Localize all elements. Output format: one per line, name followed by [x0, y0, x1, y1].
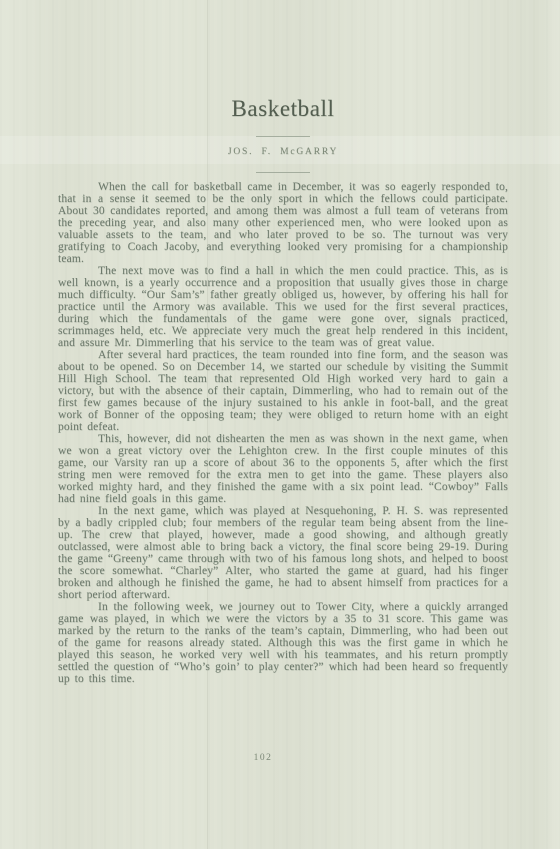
paragraph: In the following week, we journey out to…: [58, 601, 508, 685]
paragraph: When the call for basketball came in Dec…: [58, 181, 508, 265]
paragraph: In the next game, which was played at Ne…: [58, 505, 508, 601]
article-body: When the call for basketball came in Dec…: [58, 181, 508, 685]
author-byline: JOS. F. McGARRY: [58, 147, 508, 157]
paragraph: The next move was to find a hall in whic…: [58, 265, 508, 349]
page-number: 102: [218, 753, 308, 763]
page-title: Basketball: [58, 96, 508, 122]
title-divider-rule: [256, 136, 310, 137]
paragraph: This, however, did not dishearten the me…: [58, 433, 508, 505]
scanned-yearbook-page: Basketball JOS. F. McGARRY When the call…: [0, 0, 560, 849]
paragraph: After several hard practices, the team r…: [58, 349, 508, 433]
byline-divider-rule: [256, 172, 310, 173]
